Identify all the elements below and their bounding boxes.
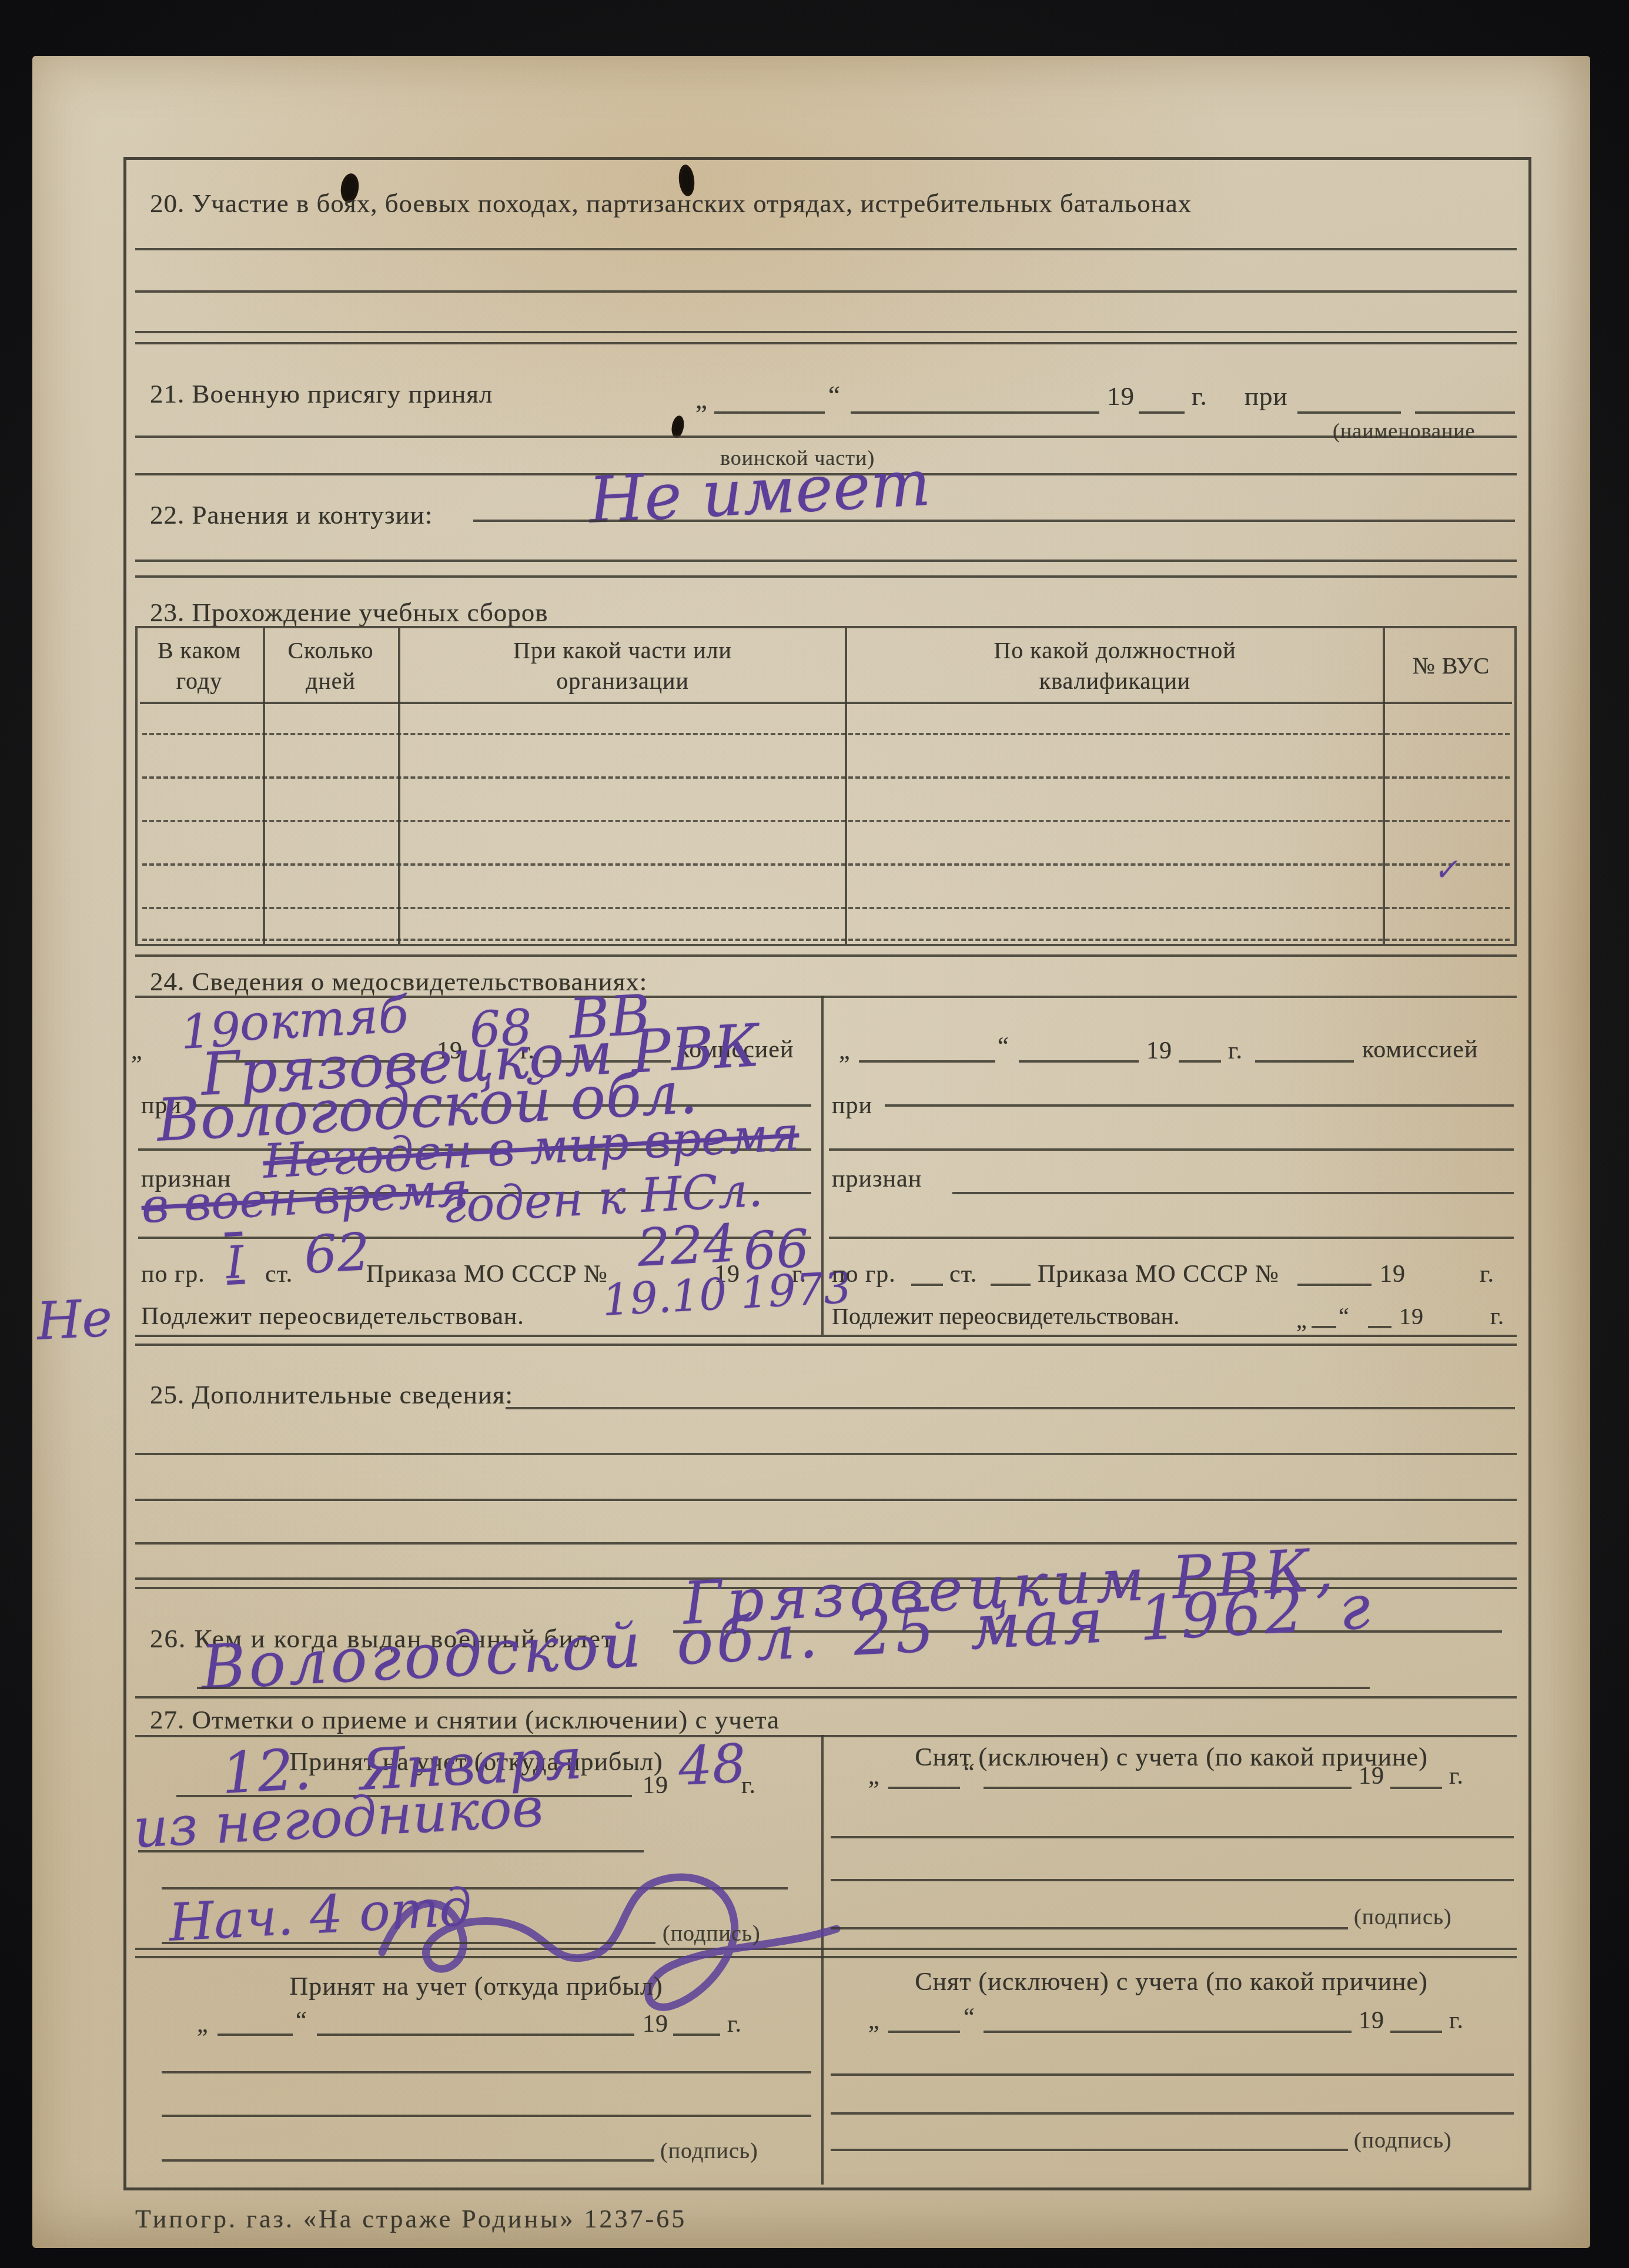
ruled-line [135, 1335, 1517, 1337]
fill-line [831, 2149, 1348, 2151]
hw-gr: I [225, 1236, 245, 1289]
handwriting-ne-imeet: Не имеет [587, 447, 932, 538]
ruled-line [135, 1499, 1517, 1501]
fill-line [162, 2071, 811, 2073]
quote-close: “ [964, 2003, 975, 2031]
quote-open: „ [1296, 1306, 1307, 1334]
ruled-line [135, 435, 1517, 438]
table-top-line [135, 1735, 1517, 1737]
year-g: г. [1228, 1037, 1243, 1065]
fill-line [162, 2159, 654, 2162]
removed-header: Снят (исключен) с учета (по какой причин… [829, 1742, 1514, 1772]
fill-line [162, 1942, 655, 1944]
fill-line [162, 2115, 811, 2117]
fill-line [831, 2112, 1514, 2115]
po-gr-label: по гр. [832, 1260, 896, 1288]
ruled-line [135, 290, 1517, 293]
quote-open: „ [868, 1762, 880, 1790]
column-line [845, 628, 847, 944]
hw-accept-year: 48 [677, 1733, 748, 1798]
fill-line [218, 2034, 293, 2036]
form-border: 20. Участие в боях, боевых походах, парт… [123, 157, 1531, 2190]
fill-line [888, 1787, 960, 1789]
fill-line [197, 1687, 1370, 1689]
hw-st: 62 [303, 1221, 372, 1285]
document-page: 20. Участие в боях, боевых походах, парт… [32, 56, 1590, 2248]
row-line [142, 733, 1510, 735]
col-header-qual: По какой должностной [849, 636, 1381, 664]
fill-line [831, 1836, 1514, 1838]
podpis-label: (подпись) [663, 1921, 761, 1947]
row-line [142, 863, 1510, 866]
hw-accept-from: из негодников [132, 1776, 544, 1860]
quote-close: “ [296, 2006, 307, 2035]
podpis-label: (подпись) [660, 2138, 758, 2164]
pri-label: при [1245, 381, 1288, 411]
fill-line [829, 1237, 1514, 1239]
fill-line [1312, 1326, 1336, 1328]
row-line [142, 820, 1510, 822]
scan-background: 20. Участие в боях, боевых походах, парт… [0, 0, 1629, 2268]
quote-close: “ [1339, 1302, 1350, 1330]
removed-header: Снят (исключен) с учета (по какой причин… [829, 1967, 1514, 1996]
fill-line [991, 1284, 1031, 1286]
fill-line [1390, 1787, 1442, 1789]
year-g: г. [1449, 1762, 1464, 1790]
fill-line [831, 2073, 1514, 2076]
fill-line [506, 1407, 1515, 1409]
fill-line [317, 2034, 634, 2036]
caption-naimenovanie: (наименование [1333, 418, 1476, 443]
col-header-vus: № ВУС [1385, 652, 1517, 679]
ruled-line [135, 342, 1517, 344]
ruled-line [135, 575, 1517, 578]
ruled-line [135, 248, 1517, 250]
fill-line [829, 1148, 1514, 1151]
item27-title: 27. Отметки о приеме и снятии (исключени… [150, 1704, 780, 1735]
podpis-label: (подпись) [1354, 1904, 1452, 1930]
fill-line [1368, 1326, 1391, 1328]
item21-label: 21. Военную присягу принял [150, 378, 493, 409]
year-19: 19 [643, 1771, 668, 1800]
row-line [142, 939, 1510, 941]
fill-line [984, 2031, 1352, 2033]
ruled-line [135, 560, 1517, 562]
quote-close: “ [828, 380, 841, 410]
fill-line [1255, 1060, 1354, 1063]
col-header-unit2: организации [402, 667, 843, 695]
fill-line [1179, 1060, 1221, 1063]
prikaz-label: Приказа МО СССР № [366, 1260, 608, 1288]
pri-label: при [832, 1091, 872, 1120]
komissiej-label: комиссией [1362, 1036, 1478, 1064]
quote-open: „ [197, 2010, 209, 2038]
quote-close: “ [964, 1758, 975, 1787]
accepted-header: Принят на учет (откуда прибыл) [144, 1971, 808, 2001]
priznan-label: признан [832, 1165, 922, 1193]
fill-line [831, 1879, 1514, 1881]
ruled-line [135, 1344, 1517, 1346]
quote-open: „ [695, 384, 708, 415]
header-underline [140, 702, 1512, 704]
fill-line [1139, 411, 1185, 414]
st-label: ст. [265, 1260, 293, 1288]
year-19: 19 [1380, 1260, 1406, 1288]
training-camps-table: В каком году Сколько дней При какой част… [135, 626, 1517, 946]
quote-open: „ [131, 1037, 143, 1065]
year-19: 19 [1359, 2006, 1384, 2035]
fill-line [885, 1104, 1514, 1107]
row-line [142, 907, 1510, 909]
item25-title: 25. Дополнительные сведения: [150, 1379, 513, 1410]
ruled-line [135, 331, 1517, 333]
fill-line [714, 411, 825, 414]
podlezhit-label: Подлежит переосвидетельствован. [832, 1302, 1179, 1330]
year-19: 19 [1146, 1037, 1172, 1065]
podlezhit-label: Подлежит переосвидетельствован. [141, 1302, 524, 1331]
year-19: 19 [643, 2010, 668, 2038]
year-19: 19 [1359, 1762, 1384, 1790]
year-g: г. [1490, 1302, 1504, 1330]
quote-open: „ [868, 2006, 880, 2035]
fill-line [1390, 2031, 1442, 2033]
col-header-unit: При какой части или [402, 636, 843, 664]
fill-line [673, 2034, 720, 2036]
item23-title: 23. Прохождение учебных сборов [150, 597, 548, 628]
hw-margin-ne: Не [35, 1287, 114, 1352]
podpis-label: (подпись) [1354, 2128, 1452, 2153]
year-g: г. [1192, 381, 1207, 411]
ruled-line [135, 1453, 1517, 1455]
po-gr-label: по гр. [141, 1260, 205, 1288]
year-19: 19 [1107, 381, 1135, 411]
col-header-year2: году [138, 667, 261, 695]
year-19: 19 [1399, 1302, 1424, 1330]
fill-line [1297, 411, 1401, 414]
fill-line [911, 1284, 943, 1286]
fill-line [888, 2031, 960, 2033]
col-header-qual2: квалификации [849, 667, 1381, 695]
year-g: г. [1480, 1260, 1494, 1288]
year-g: г. [1449, 2006, 1464, 2035]
col-header-days2: дней [265, 667, 397, 695]
fill-line [1297, 1284, 1372, 1286]
col-header-days: Сколько [265, 636, 397, 664]
col-header-year: В каком [138, 636, 261, 664]
column-line [398, 628, 400, 944]
row-line [142, 776, 1510, 779]
fill-line [859, 1060, 995, 1063]
ruled-line [135, 954, 1517, 957]
fill-line [1415, 411, 1515, 414]
st-label: ст. [949, 1260, 977, 1288]
item22-label: 22. Ранения и контузии: [150, 500, 433, 530]
fill-line [473, 520, 1515, 522]
pen-tick: ✓ [1433, 852, 1459, 887]
item20-title: 20. Участие в боях, боевых походах, парт… [150, 188, 1192, 219]
fill-line [984, 1787, 1352, 1789]
fill-line [831, 1927, 1348, 1929]
quote-close: “ [998, 1032, 1009, 1060]
year-g: г. [727, 2010, 742, 2038]
fill-line [851, 411, 1099, 414]
prikaz-label: Приказа МО СССР № [1038, 1260, 1279, 1288]
print-footer: Типогр. газ. «На страже Родины» 1237-65 [135, 2204, 687, 2234]
fill-line [952, 1192, 1514, 1194]
year-g: г. [741, 1771, 756, 1800]
quote-open: „ [839, 1037, 851, 1065]
fill-line [1019, 1060, 1139, 1063]
ruled-line [135, 1696, 1517, 1699]
